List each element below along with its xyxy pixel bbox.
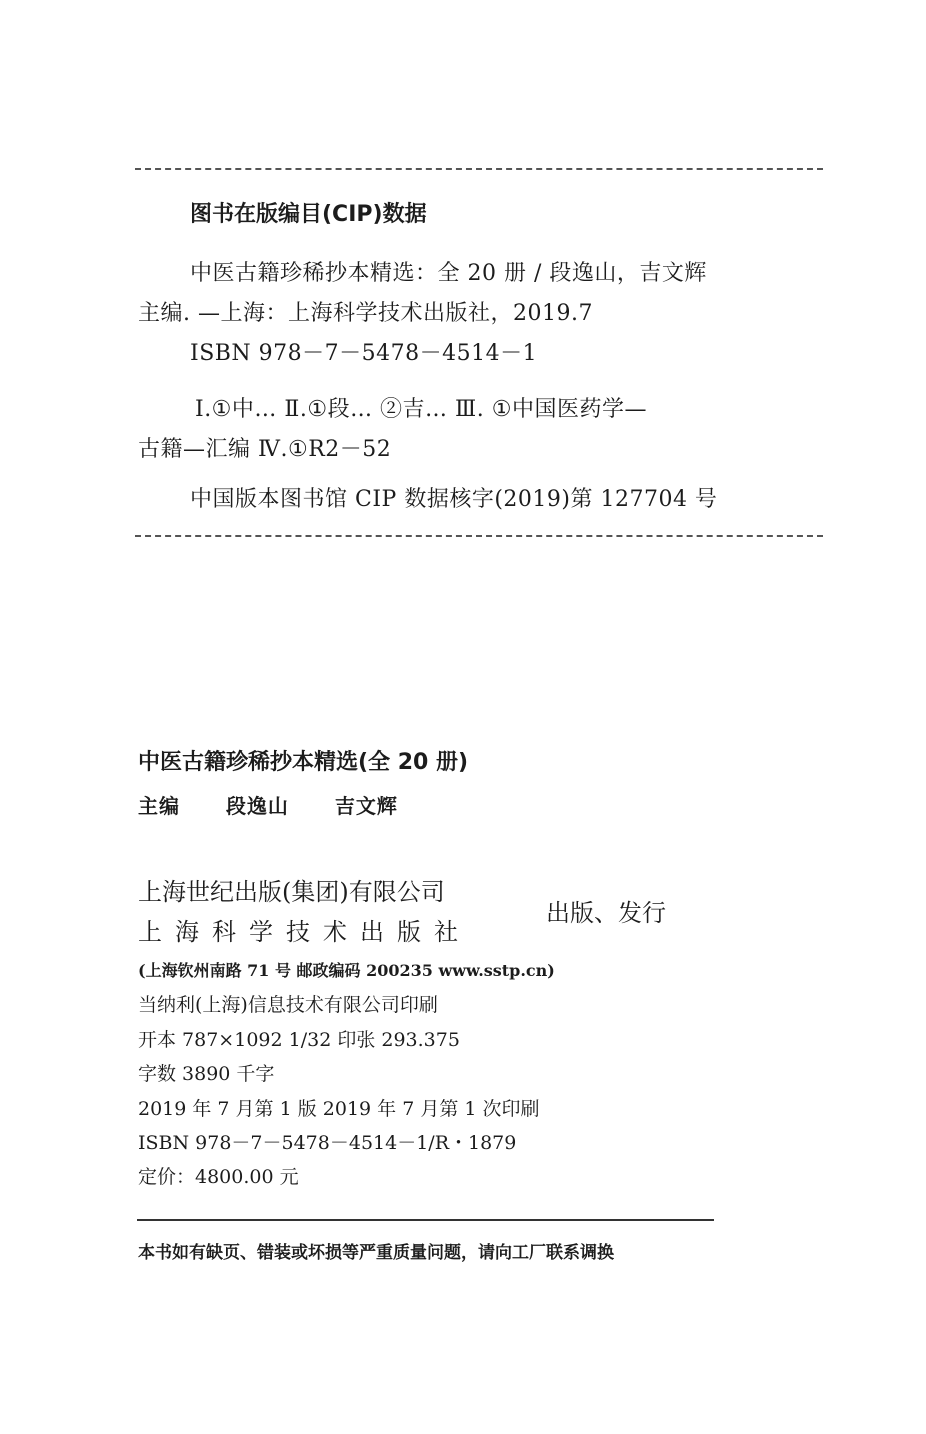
price-line: 定价：4800.00 元	[138, 1162, 299, 1189]
cip-heading: 图书在版编目(CIP)数据	[190, 197, 427, 228]
cip-line-1: 中医古籍珍稀抄本精选：全 20 册 / 段逸山，吉文辉	[190, 256, 707, 287]
publish-distribute-note: 出版、发行	[546, 893, 666, 928]
quality-notice: 本书如有缺页、错装或坏损等严重质量问题，请向工厂联系调换	[138, 1238, 614, 1263]
editor-name-1: 段逸山	[226, 794, 289, 818]
cip-classification-1: Ⅰ.①中… Ⅱ.①段… ②吉… Ⅲ. ①中国医药学—	[195, 392, 647, 423]
printer-line: 当纳利(上海)信息技术有限公司印刷	[138, 990, 438, 1017]
cip-line-2: 主编. —上海：上海科学技术出版社，2019.7	[138, 296, 593, 327]
divider-solid	[137, 1219, 714, 1221]
edition-line: 2019 年 7 月第 1 版 2019 年 7 月第 1 次印刷	[138, 1094, 540, 1121]
editors-label: 主编	[138, 794, 180, 818]
editor-name-2: 吉文辉	[335, 794, 398, 818]
word-count-line: 字数 3890 千字	[138, 1059, 274, 1086]
divider-dashed-bottom	[135, 535, 823, 537]
publisher-group: 上海世纪出版(集团)有限公司	[138, 872, 445, 907]
publisher-address: (上海钦州南路 71 号 邮政编码 200235 www.sstp.cn)	[138, 958, 555, 981]
publisher-name: 上海科学技术出版社	[138, 912, 471, 947]
book-title: 中医古籍珍稀抄本精选(全 20 册)	[138, 745, 468, 776]
divider-dashed-top	[135, 168, 823, 170]
isbn-full-line: ISBN 978－7－5478－4514－1/R・1879	[138, 1128, 516, 1155]
cip-isbn: ISBN 978－7－5478－4514－1	[190, 336, 537, 367]
cip-approval-number: 中国版本图书馆 CIP 数据核字(2019)第 127704 号	[190, 482, 717, 513]
editors-line: 主编 段逸山 吉文辉	[138, 790, 398, 819]
cip-classification-2: 古籍—汇编 Ⅳ.①R2－52	[138, 432, 391, 463]
format-line: 开本 787×1092 1/32 印张 293.375	[138, 1025, 460, 1052]
